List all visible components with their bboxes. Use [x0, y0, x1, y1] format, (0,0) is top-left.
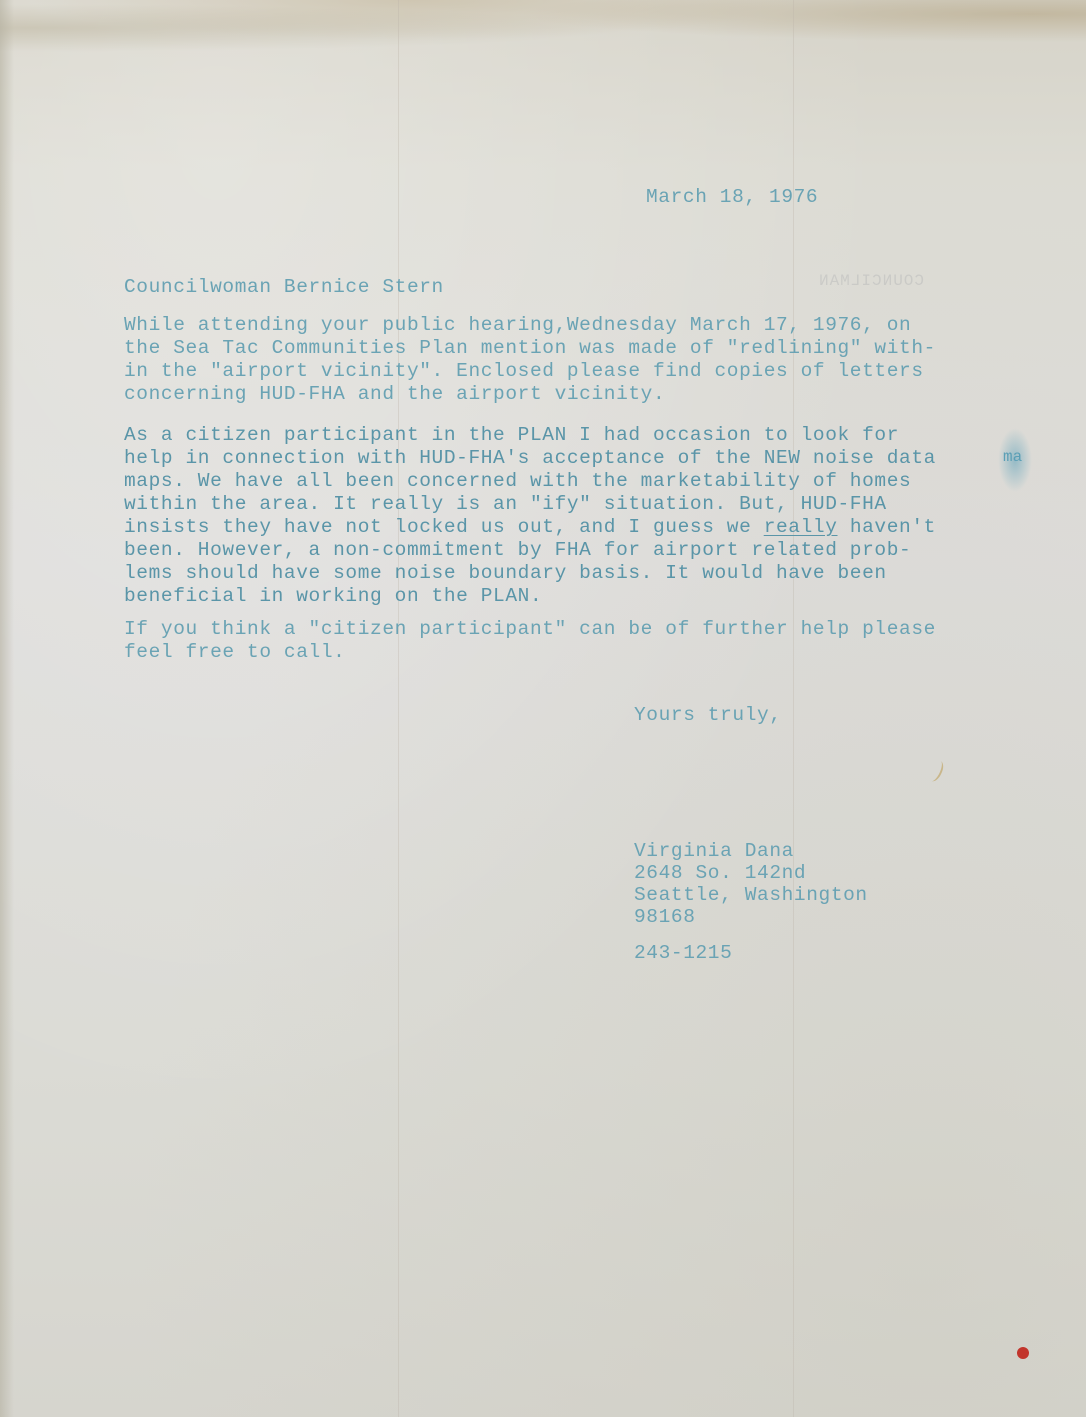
paragraph-line: concerning HUD-FHA and the airport vicin…: [124, 383, 665, 405]
paragraph-1: While attending your public hearing,Wedn…: [124, 314, 936, 406]
paper-stain: [0, 0, 1086, 70]
closing: Yours truly,: [634, 704, 782, 727]
paragraph-line: help in connection with HUD-FHA's accept…: [124, 447, 936, 469]
paper-fold-line: [398, 0, 399, 1417]
sender-city: Seattle, Washington: [634, 884, 868, 906]
margin-mark: ma: [1003, 448, 1022, 466]
paragraph-line: maps. We have all been concerned with th…: [124, 470, 911, 492]
paragraph-line: the Sea Tac Communities Plan mention was…: [124, 337, 936, 359]
paragraph-line: within the area. It really is an "ify" s…: [124, 493, 887, 515]
paragraph-line: lems should have some noise boundary bas…: [124, 562, 887, 584]
pen-mark: [926, 758, 946, 783]
paragraph-line: As a citizen participant in the PLAN I h…: [124, 424, 899, 446]
paper-fold-line: [793, 0, 794, 1417]
paragraph-line: feel free to call.: [124, 641, 345, 663]
letter-page: COUNCILMAN March 18, 1976 Councilwoman B…: [0, 0, 1086, 1417]
underlined-word: really: [764, 516, 838, 538]
recipient-line: Councilwoman Bernice Stern: [124, 276, 444, 299]
paragraph-line-tail: haven't: [838, 516, 936, 538]
sender-name: Virginia Dana: [634, 840, 794, 862]
faint-stamp-bleedthrough: COUNCILMAN: [818, 272, 924, 290]
paragraph-2: As a citizen participant in the PLAN I h…: [124, 424, 936, 608]
paragraph-line: If you think a "citizen participant" can…: [124, 618, 936, 640]
signature-block: Virginia Dana 2648 So. 142nd Seattle, Wa…: [634, 840, 868, 928]
paragraph-line: beneficial in working on the PLAN.: [124, 585, 542, 607]
paragraph-line: While attending your public hearing,Wedn…: [124, 314, 911, 336]
paragraph-line: insists they have not locked us out, and…: [124, 516, 764, 538]
paragraph-line: in the "airport vicinity". Enclosed plea…: [124, 360, 924, 382]
paragraph-3: If you think a "citizen participant" can…: [124, 618, 936, 664]
sender-phone: 243-1215: [634, 942, 732, 965]
letter-date: March 18, 1976: [646, 186, 818, 209]
red-dot-marker: [1017, 1347, 1029, 1359]
sender-street: 2648 So. 142nd: [634, 862, 806, 884]
paper-edge-shadow: [0, 0, 14, 1417]
sender-zip: 98168: [634, 906, 696, 928]
paragraph-line: been. However, a non-commitment by FHA f…: [124, 539, 911, 561]
